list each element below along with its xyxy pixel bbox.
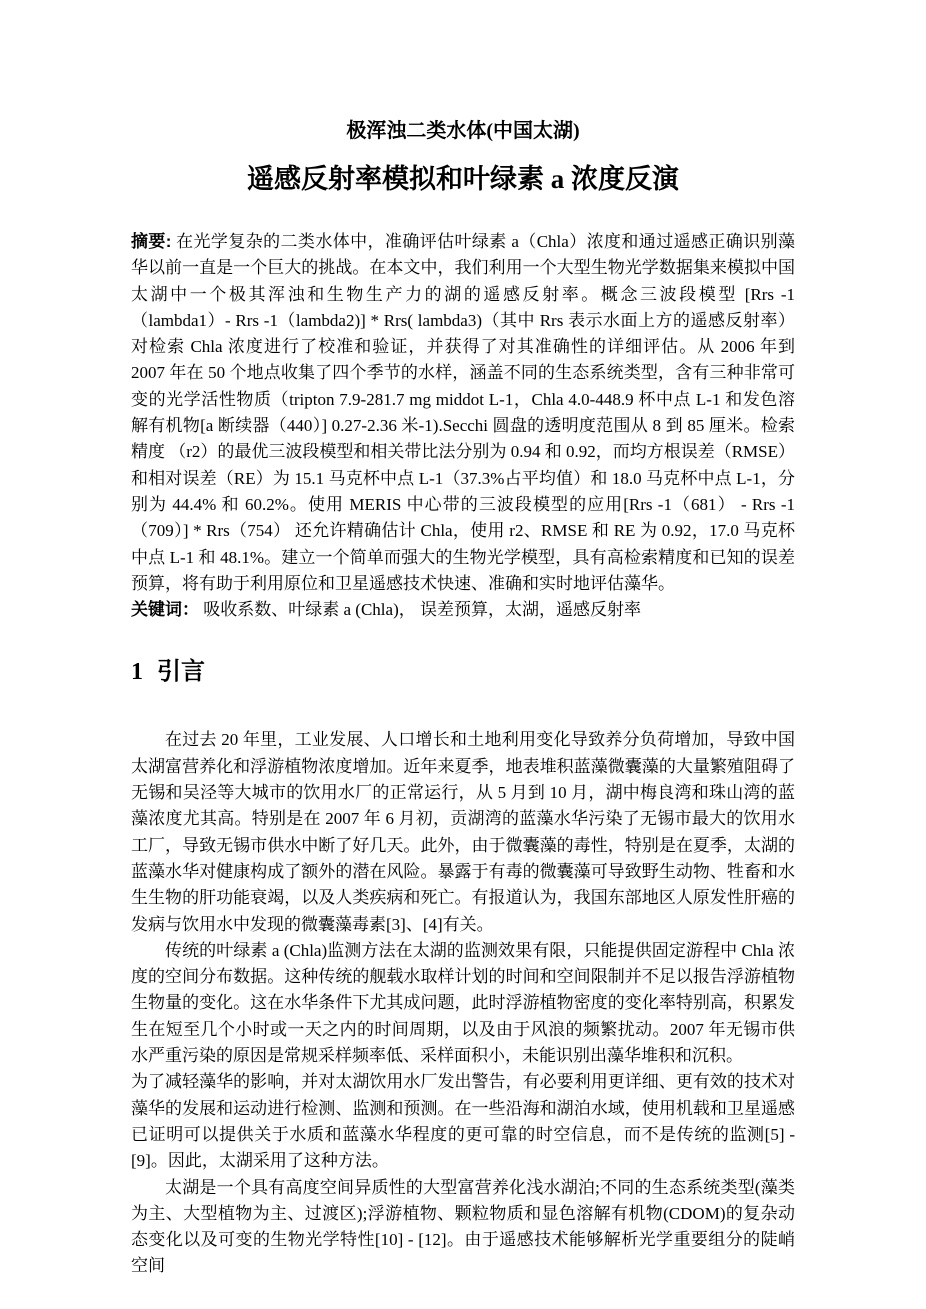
abstract-paragraph: 摘要: 在光学复杂的二类水体中，准确评估叶绿素 a（Chla）浓度和通过遥感正确… (131, 229, 795, 597)
paper-title-line2: 遥感反射率模拟和叶绿素 a 浓度反演 (131, 160, 795, 198)
introduction-section: 在过去 20 年里，工业发展、人口增长和土地利用变化导致养分负荷增加，导致中国太… (131, 727, 795, 1279)
section-1-heading: 1 引言 (131, 655, 795, 689)
intro-paragraph-1: 在过去 20 年里，工业发展、人口增长和土地利用变化导致养分负荷增加，导致中国太… (131, 727, 795, 937)
keywords-label: 关键词： (131, 600, 199, 619)
paper-title-line1: 极浑浊二类水体(中国太湖) (131, 116, 795, 146)
abstract-text: 在光学复杂的二类水体中，准确评估叶绿素 a（Chla）浓度和通过遥感正确识别藻华… (131, 232, 795, 593)
keywords-line: 关键词： 吸收系数、叶绿素 a (Chla)， 误差预算，太湖，遥感反射率 (131, 597, 795, 623)
section-1-title: 引言 (157, 658, 205, 685)
abstract-label: 摘要: (131, 232, 171, 251)
intro-paragraph-2: 传统的叶绿素 a (Chla)监测方法在太湖的监测效果有限，只能提供固定游程中 … (131, 938, 795, 1069)
intro-paragraph-4: 太湖是一个具有高度空间异质性的大型富营养化浅水湖泊;不同的生态系统类型(藻类为主… (131, 1175, 795, 1280)
section-1-number: 1 (131, 659, 143, 685)
intro-paragraph-3: 为了减轻藻华的影响，并对太湖饮用水厂发出警告，有必要利用更详细、更有效的技术对藻… (131, 1069, 795, 1174)
document-page: 极浑浊二类水体(中国太湖) 遥感反射率模拟和叶绿素 a 浓度反演 摘要: 在光学… (0, 0, 926, 1309)
keywords-text: 吸收系数、叶绿素 a (Chla)， 误差预算，太湖，遥感反射率 (203, 600, 641, 619)
